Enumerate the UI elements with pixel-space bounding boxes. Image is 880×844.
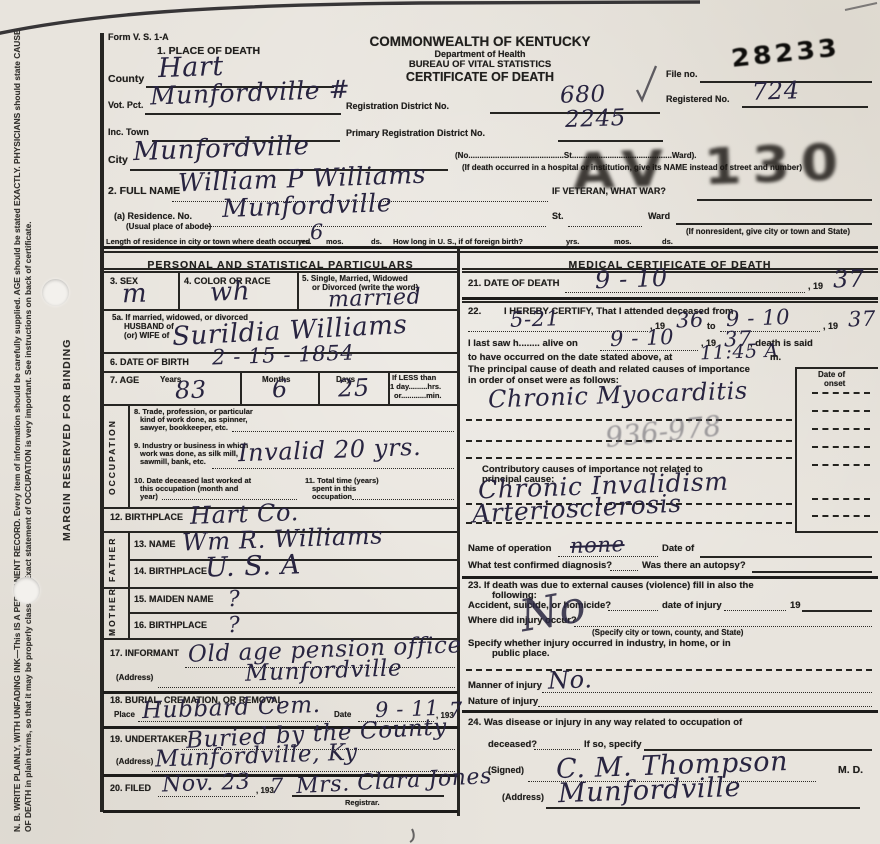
- marital-label-1: 5. Single, Married, Widowed: [302, 274, 408, 283]
- spouse-label-2: HUSBAND of: [124, 322, 174, 331]
- mother-maiden-value: ?: [228, 589, 241, 611]
- deceased-q-label: deceased?: [488, 739, 537, 750]
- undertaker-address-label: (Address): [116, 757, 153, 766]
- marital-value: married: [328, 286, 422, 311]
- date-of-death-label: 21. DATE OF DEATH: [468, 278, 560, 289]
- city-label: City: [108, 154, 128, 166]
- inc-town-label: Inc. Town: [108, 127, 149, 137]
- primary-district-label: Primary Registration District No.: [346, 128, 485, 138]
- rule: [103, 271, 458, 273]
- onset-dash: [812, 392, 870, 394]
- undertaker-label: 19. UNDERTAKER: [110, 734, 187, 744]
- father-vertical-label: FATHER: [107, 534, 125, 585]
- registered-no-line: [742, 106, 868, 108]
- manner-of-injury-label: Manner of injury: [468, 680, 542, 691]
- commonwealth-title: COMMONWEALTH OF KENTUCKY: [330, 34, 630, 49]
- last-saw-line: [600, 350, 698, 351]
- rule: [103, 404, 458, 406]
- county-label: County: [108, 73, 144, 85]
- occ9-line: [212, 468, 454, 469]
- burial-date-label: Date: [334, 710, 351, 719]
- rule: [103, 587, 458, 589]
- informant-address-value: Munfordville: [245, 657, 403, 685]
- filed-date-value: Nov. 23: [162, 771, 251, 796]
- registrar-label: Registrar.: [345, 798, 380, 807]
- to-year-printed: , 19: [823, 321, 838, 331]
- death-certificate-scan: N. B. WRITE PLAINLY, WITH UNFADING INK—T…: [0, 0, 880, 844]
- accident-line: [608, 610, 658, 611]
- cell-divider: [128, 404, 130, 507]
- mother-birthplace-value: ?: [228, 615, 241, 637]
- onset-dash: [812, 446, 870, 448]
- occ9-value: Invalid 20 yrs.: [238, 435, 422, 465]
- occ11-line: [352, 499, 454, 500]
- md-label: M. D.: [838, 764, 863, 776]
- principal-cause-label-1: The principal cause of death and related…: [468, 364, 750, 375]
- mos-label: mos.: [326, 237, 344, 246]
- margin-instructions: N. B. WRITE PLAINLY, WITH UNFADING INK—T…: [12, 20, 56, 832]
- age-days-value: 25: [338, 375, 371, 400]
- header-rule-2: [103, 251, 878, 253]
- onset-box-top: [795, 367, 878, 369]
- mother-vertical-label: MOTHER: [107, 590, 125, 636]
- mother-birthplace-label: 16. BIRTHPLACE: [134, 620, 207, 630]
- mother-maiden-label: 15. MAIDEN NAME: [134, 594, 214, 604]
- onset-dash: [812, 410, 870, 412]
- length-yrs-value: 6: [310, 222, 325, 243]
- dod-year-printed: , 19: [808, 281, 823, 291]
- abode-note: (Usual place of abode): [126, 222, 211, 231]
- vot-pct-label: Vot. Pct.: [108, 100, 143, 110]
- ds-label: ds.: [371, 237, 382, 246]
- specify-city-note: (Specify city or town, county, and State…: [592, 628, 743, 637]
- color-value: wh: [210, 278, 251, 305]
- cell-divider: [297, 271, 299, 309]
- bottom-rule: [103, 810, 458, 813]
- dod-line: [565, 292, 805, 293]
- operation-date-line: [700, 556, 872, 558]
- full-name-label: 2. FULL NAME: [108, 185, 180, 197]
- onset-dash: [812, 428, 870, 430]
- to-year-value: 37: [848, 309, 877, 331]
- registered-no-value: 724: [752, 78, 800, 104]
- birthplace-label: 12. BIRTHPLACE: [110, 512, 183, 522]
- cell-divider: [388, 371, 390, 404]
- onset-dash: [812, 515, 870, 517]
- autopsy-line: [752, 571, 872, 573]
- rule: [103, 268, 458, 270]
- length-residence-label: Length of residence in city or town wher…: [106, 237, 310, 246]
- signed-address-label: (Address): [502, 792, 544, 802]
- occ9-label-3: sawmill, bank, etc.: [140, 457, 206, 466]
- yrs-label-2: yrs.: [566, 237, 579, 246]
- occurred-time-value: 11:45 A: [700, 342, 779, 364]
- informant-address-line: [158, 687, 455, 688]
- rule: [462, 268, 878, 270]
- specify-injury-label-2: public place.: [492, 648, 550, 659]
- veteran-label: IF VETERAN, WHAT WAR?: [552, 186, 666, 196]
- registrar-line: [292, 795, 444, 797]
- county-value: Hart: [158, 53, 225, 82]
- filed-year-value: 7: [270, 776, 285, 797]
- burial-place-value: Hubbard Cem.: [142, 694, 321, 723]
- rule: [462, 297, 878, 300]
- if-less-label-3: or............min.: [394, 391, 442, 400]
- manner-line: [542, 692, 872, 693]
- ward-label: Ward: [648, 211, 670, 221]
- if-less-label-1: If LESS than: [392, 373, 436, 382]
- to-label: to: [707, 321, 716, 331]
- injury-year-line: [802, 610, 872, 612]
- age-label: 7. AGE: [110, 375, 139, 385]
- manner-of-injury-value: No.: [548, 667, 593, 693]
- undertaker-address-value: Munfordville, Ky: [155, 741, 359, 771]
- dod-year-value: 37: [833, 266, 866, 291]
- cell-divider: [178, 271, 180, 309]
- dob-value: 2 - 15 - 1854: [212, 343, 355, 369]
- ward-line: [676, 223, 872, 225]
- blank-line: [466, 669, 872, 671]
- file-number-stamp: 28233: [730, 34, 841, 74]
- primary-district-value: 2245: [565, 107, 627, 132]
- occ11-label-3: occupation: [312, 492, 352, 501]
- dob-label: 6. DATE OF BIRTH: [110, 357, 189, 367]
- rule: [462, 271, 878, 273]
- contributory-line: [466, 522, 792, 524]
- autopsy-label: Was there an autopsy?: [642, 560, 746, 571]
- date-of-injury-label: date of injury: [662, 600, 722, 611]
- onset-column-divider: [795, 367, 797, 532]
- nonresident-note: (If nonresident, give city or town and S…: [686, 227, 850, 236]
- cause-line: [466, 457, 792, 459]
- residence-label: (a) Residence. No.: [114, 211, 192, 221]
- occupation-vertical-label: OCCUPATION: [107, 409, 125, 505]
- form-number: Form V. S. 1-A: [108, 32, 169, 42]
- attended-from-value: 5-21: [510, 308, 560, 331]
- test-line: [610, 570, 638, 571]
- occurred-label: to have occurred on the date stated abov…: [468, 352, 672, 363]
- onset-label-2: onset: [824, 379, 845, 388]
- where-scrawl: No: [517, 585, 590, 640]
- header-rule: [103, 246, 878, 249]
- department-subtitle: Department of Health: [330, 49, 630, 59]
- operation-date-label: Date of: [662, 543, 694, 554]
- last-saw-label: I last saw h........ alive on: [468, 338, 578, 349]
- onset-label-1: Date of: [818, 370, 845, 379]
- certify-number: 22.: [468, 306, 481, 317]
- ds-label-2: ds.: [662, 237, 673, 246]
- form-left-border: [100, 33, 104, 812]
- nature-of-injury-label: Nature of injury: [468, 696, 538, 707]
- occ8-line: [232, 431, 454, 432]
- father-birthplace-label: 14. BIRTHPLACE: [134, 566, 207, 576]
- residence-value: Munfordville: [222, 190, 393, 221]
- father-birthplace-value: U. S. A: [205, 551, 302, 581]
- nature-line: [538, 706, 872, 707]
- where-line: [574, 626, 872, 627]
- from-year-value: 36: [676, 310, 705, 332]
- hole-punch: [13, 577, 40, 604]
- burial-place-label: Place: [114, 710, 135, 719]
- how-long-us-label: How long in U. S., if of foreign birth?: [393, 237, 523, 246]
- city-value: Munfordville: [133, 133, 310, 165]
- birthplace-value: Hart Co.: [190, 500, 300, 528]
- rule: [462, 576, 878, 579]
- onset-box-bottom: [795, 531, 878, 533]
- m-label: m.: [770, 352, 781, 363]
- registration-district-value: 680: [560, 83, 606, 108]
- vot-pct-value: Munfordville #: [150, 77, 351, 109]
- residence-line: [208, 226, 546, 227]
- onset-dash: [812, 464, 870, 466]
- rule: [128, 612, 458, 614]
- cell-divider: [240, 371, 242, 404]
- st-label: St.: [552, 211, 564, 221]
- rule: [462, 710, 878, 713]
- registration-district-label: Registration District No.: [346, 101, 449, 111]
- injury-19-label: 19: [790, 600, 801, 611]
- vot-pct-line: [145, 113, 341, 115]
- filed-date-line: [158, 796, 255, 797]
- informant-address-label: (Address): [116, 673, 153, 682]
- spouse-label-3: (or) WIFE of: [124, 331, 169, 340]
- check-mark: [637, 66, 656, 100]
- occ10-label-3: year): [140, 492, 158, 501]
- cell-divider: [318, 371, 320, 404]
- st-line: [568, 226, 642, 227]
- agency-header: COMMONWEALTH OF KENTUCKY Department of H…: [330, 34, 630, 84]
- rule: [462, 301, 878, 303]
- veteran-line: [697, 199, 872, 201]
- age-years-value: 83: [175, 377, 208, 402]
- pencil-code: 936-978: [604, 409, 723, 454]
- operation-line: [558, 556, 658, 557]
- signed-label: (Signed): [488, 765, 524, 775]
- registered-no-label: Registered No.: [666, 94, 730, 104]
- father-name-label: 13. NAME: [134, 539, 176, 549]
- file-no-label: File no.: [666, 69, 698, 79]
- cause-of-death-value: Chronic Myocarditis: [488, 378, 749, 411]
- deceased-line: [534, 749, 580, 750]
- date-of-death-value: 9 - 10: [595, 266, 669, 293]
- operation-value: none: [570, 534, 625, 557]
- physician-address: Munfordville: [558, 774, 742, 807]
- related-occupation-label: 24. Was disease or injury in any way rel…: [468, 717, 742, 728]
- filed-label: 20. FILED: [110, 783, 151, 793]
- injury-date-line: [724, 610, 786, 611]
- sex-value: m: [122, 281, 148, 308]
- if-less-label-2: 1 day.........hrs.: [390, 382, 441, 391]
- operation-label: Name of operation: [468, 543, 551, 554]
- onset-dash: [812, 498, 870, 500]
- hole-punch: [42, 279, 69, 306]
- signed-address-line: [546, 807, 860, 809]
- occ8-label-3: sawyer, bookkeeper, etc.: [140, 423, 228, 432]
- mos-label-2: mos.: [614, 237, 632, 246]
- test-label: What test confirmed diagnosis?: [468, 560, 612, 571]
- informant-label: 17. INFORMANT: [110, 648, 179, 658]
- margin-reserved-note: MARGIN RESERVED FOR BINDING: [61, 269, 75, 541]
- last-saw-value: 9 - 10: [610, 327, 675, 350]
- if-so-label: If so, specify: [584, 739, 642, 750]
- bureau-subtitle: BUREAU OF VITAL STATISTICS: [330, 59, 630, 70]
- age-months-value: 6: [272, 377, 289, 402]
